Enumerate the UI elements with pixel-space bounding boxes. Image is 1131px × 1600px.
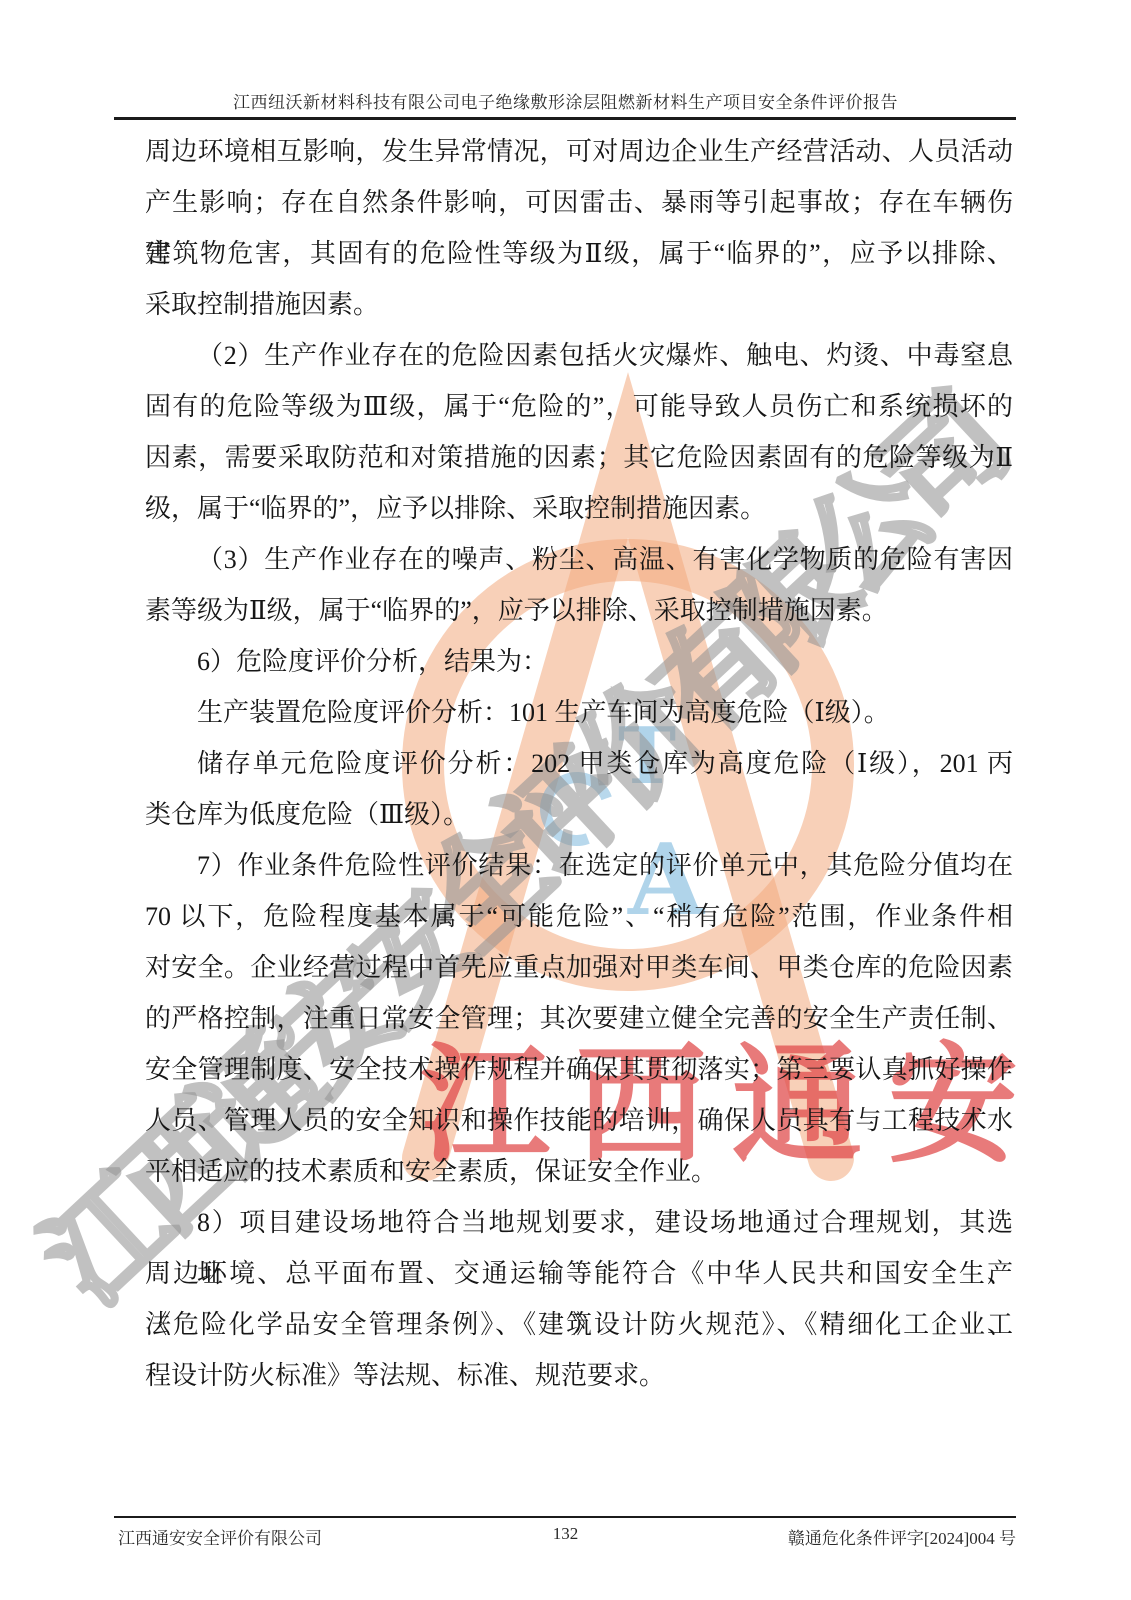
body-line: 安全管理制度、安全技术操作规程并确保其贯彻落实；第三要认真抓好操作 bbox=[145, 1044, 1013, 1095]
footer-doc-number: 赣通危化条件评字[2024]004 号 bbox=[788, 1524, 1016, 1549]
footer-rule bbox=[114, 1516, 1016, 1518]
body-line: 人员、管理人员的安全知识和操作技能的培训，确保人员具有与工程技术水 bbox=[145, 1095, 1013, 1146]
body-line: 6）危险度评价分析，结果为： bbox=[145, 636, 1013, 687]
body-line: 固有的危险等级为Ⅲ级，属于“危险的”，可能导致人员伤亡和系统损坏的 bbox=[145, 381, 1013, 432]
body-line: （3）生产作业存在的噪声、粉尘、高温、有害化学物质的危险有害因 bbox=[145, 534, 1013, 585]
body-line: 对安全。企业经营过程中首先应重点加强对甲类车间、甲类仓库的危险因素 bbox=[145, 942, 1013, 993]
body-line: 素等级为Ⅱ级，属于“临界的”，应予以排除、采取控制措施因素。 bbox=[145, 585, 1013, 636]
body-line: 周边环境相互影响，发生异常情况，可对周边企业生产经营活动、人员活动 bbox=[145, 126, 1013, 177]
body-line: 因素，需要采取防范和对策措施的因素；其它危险因素固有的危险等级为Ⅱ bbox=[145, 432, 1013, 483]
body-line: 采取控制措施因素。 bbox=[145, 279, 1013, 330]
body-line: 的严格控制，注重日常安全管理；其次要建立健全完善的安全生产责任制、 bbox=[145, 993, 1013, 1044]
body-line: 程设计防火标准》等法规、标准、规范要求。 bbox=[145, 1350, 1013, 1401]
body-line: 级，属于“临界的”，应予以排除、采取控制措施因素。 bbox=[145, 483, 1013, 534]
document-page: 江西纽沃新材料科技有限公司电子绝缘敷形涂层阻燃新材料生产项目安全条件评价报告 T… bbox=[0, 0, 1131, 1600]
body-line: 生产装置危险度评价分析：101 生产车间为高度危险（Ⅰ级）。 bbox=[145, 687, 1013, 738]
body-line: 建筑物危害，其固有的危险性等级为Ⅱ级，属于“临界的”，应予以排除、 bbox=[145, 228, 1013, 279]
body-line: 8）项目建设场地符合当地规划要求，建设场地通过合理规划，其选址、 bbox=[145, 1197, 1013, 1248]
body-line: （2）生产作业存在的危险因素包括火灾爆炸、触电、灼烫、中毒窒息 bbox=[145, 330, 1013, 381]
body-line: 储存单元危险度评价分析：202 甲类仓库为高度危险（Ⅰ级），201 丙 bbox=[145, 738, 1013, 789]
body-line: 平相适应的技术素质和安全素质，保证安全作业。 bbox=[145, 1146, 1013, 1197]
body-line: 周边环境、总平面布置、交通运输等能符合《中华人民共和国安全生产法》、 bbox=[145, 1248, 1013, 1299]
body-line: 产生影响；存在自然条件影响，可因雷击、暴雨等引起事故；存在车辆伤害、 bbox=[145, 177, 1013, 228]
body-line: 类仓库为低度危险（Ⅲ级）。 bbox=[145, 789, 1013, 840]
body-line: 《危险化学品安全管理条例》、《建筑设计防火规范》、《精细化工企业工 bbox=[145, 1299, 1013, 1350]
header-rule bbox=[114, 117, 1016, 120]
page-header-title: 江西纽沃新材料科技有限公司电子绝缘敷形涂层阻燃新材料生产项目安全条件评价报告 bbox=[115, 88, 1016, 113]
page-footer: 江西通安安全评价有限公司 132 赣通危化条件评字[2024]004 号 bbox=[115, 1524, 1016, 1550]
body-text: 周边环境相互影响，发生异常情况，可对周边企业生产经营活动、人员活动产生影响；存在… bbox=[145, 126, 1013, 1401]
body-line: 7）作业条件危险性评价结果：在选定的评价单元中，其危险分值均在 bbox=[145, 840, 1013, 891]
body-line: 70 以下，危险程度基本属于“可能危险”、“稍有危险”范围，作业条件相 bbox=[145, 891, 1013, 942]
